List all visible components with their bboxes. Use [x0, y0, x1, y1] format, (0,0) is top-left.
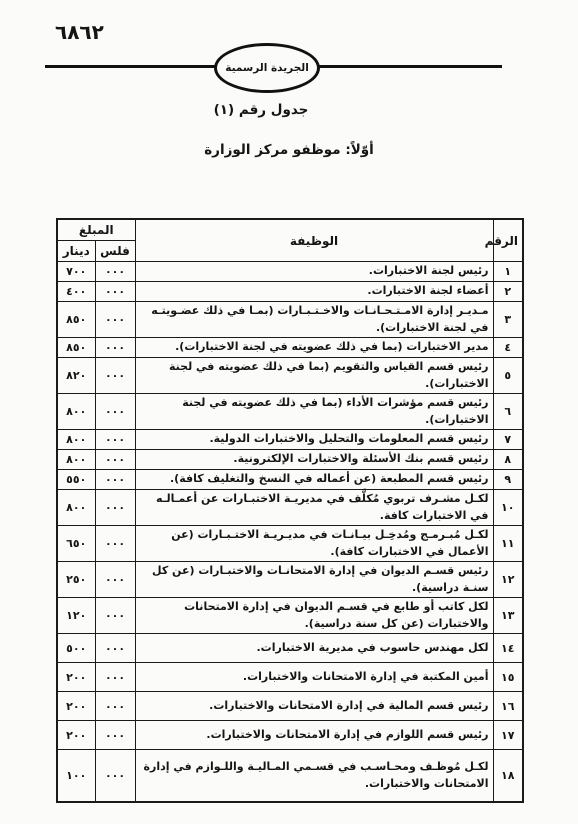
dinar-cell: ٥٥٠	[57, 470, 95, 490]
fils-cell: ٠٠٠	[95, 562, 135, 598]
dinar-cell: ٨٠٠	[57, 430, 95, 450]
row-number-cell: ٢	[493, 282, 523, 302]
dinar-cell: ٢٠٠	[57, 692, 95, 721]
table-row: ١ رئيس لجنة الاختبارات. ٠٠٠ ٧٠٠	[57, 262, 523, 282]
row-number-cell: ٨	[493, 450, 523, 470]
job-title-cell: رئيس قسم القياس والتقويم (بما في ذلك عضو…	[135, 358, 493, 394]
row-number-cell: ٧	[493, 430, 523, 450]
job-title-cell: رئيس قسـم الديوان في إدارة الامتحانـات و…	[135, 562, 493, 598]
dinar-cell: ١٢٠	[57, 598, 95, 634]
fils-cell: ٠٠٠	[95, 750, 135, 803]
job-title-cell: مدير الاختبارات (بما في ذلك عضويته في لج…	[135, 338, 493, 358]
row-number-cell: ١٧	[493, 721, 523, 750]
table-row: ١٧ رئيس قسم اللوازم في إدارة الامتحانات …	[57, 721, 523, 750]
fils-cell: ٠٠٠	[95, 598, 135, 634]
row-number-cell: ٦	[493, 394, 523, 430]
gazette-banner-label: الجريدة الرسمية	[225, 62, 309, 74]
section-title: أوّلاً: موظفو مركز الوزارة	[0, 142, 578, 158]
fils-cell: ٠٠٠	[95, 470, 135, 490]
fils-cell: ٠٠٠	[95, 692, 135, 721]
dinar-cell: ٨٥٠	[57, 338, 95, 358]
page-number: ٦٨٦٢	[55, 20, 104, 44]
fils-cell: ٠٠٠	[95, 634, 135, 663]
table-title: جدول رقم (١)	[0, 102, 522, 118]
table-row: ٦ رئيس قسم مؤشرات الأداء (بما في ذلك عضو…	[57, 394, 523, 430]
job-title-cell: رئيس لجنة الاختبارات.	[135, 262, 493, 282]
gazette-page: ٦٨٦٢ الجريدة الرسمية جدول رقم (١) أوّلاً…	[0, 0, 578, 824]
row-number-cell: ١٦	[493, 692, 523, 721]
dinar-cell: ٨٥٠	[57, 302, 95, 338]
row-number-cell: ١٨	[493, 750, 523, 803]
table-row: ١٠ لكـل مشـرف تربوي مُكلَّف في مديريـة ا…	[57, 490, 523, 526]
row-number-cell: ١٠	[493, 490, 523, 526]
fils-cell: ٠٠٠	[95, 302, 135, 338]
table-row: ١١ لكـل مُبـرمـج ومُدخِـل بيـانـات في مد…	[57, 526, 523, 562]
fils-cell: ٠٠٠	[95, 490, 135, 526]
fees-table: الرقم الوظيفة المبلغ فلس دينار ١ رئيس لج…	[56, 218, 524, 803]
dinar-cell: ٤٠٠	[57, 282, 95, 302]
job-title-cell: رئيس قسم المعلومات والتحليل والاختبارات …	[135, 430, 493, 450]
table-row: ١٥ أمين المكتبة في إدارة الامتحانات والا…	[57, 663, 523, 692]
job-title-cell: رئيس قسم بنك الأسئلة والاختبارات الإلكتر…	[135, 450, 493, 470]
dinar-cell: ٧٠٠	[57, 262, 95, 282]
fils-cell: ٠٠٠	[95, 338, 135, 358]
job-title-cell: رئيس قسم اللوازم في إدارة الامتحانات وال…	[135, 721, 493, 750]
job-title-cell: أعضاء لجنة الاختبارات.	[135, 282, 493, 302]
job-title-cell: رئيس قسم المطبعة (عن أعماله في النسخ وال…	[135, 470, 493, 490]
fees-table-header: الرقم الوظيفة المبلغ فلس دينار	[57, 219, 523, 262]
dinar-cell: ٨٠٠	[57, 450, 95, 470]
table-row: ١٢ رئيس قسـم الديوان في إدارة الامتحانـا…	[57, 562, 523, 598]
dinar-cell: ٢٠٠	[57, 721, 95, 750]
col-header-dinar: دينار	[57, 241, 95, 262]
dinar-cell: ٨٠٠	[57, 394, 95, 430]
dinar-cell: ٢٥٠	[57, 562, 95, 598]
job-title-cell: رئيس قسم مؤشرات الأداء (بما في ذلك عضويت…	[135, 394, 493, 430]
table-row: ٢ أعضاء لجنة الاختبارات. ٠٠٠ ٤٠٠	[57, 282, 523, 302]
dinar-cell: ٨٠٠	[57, 490, 95, 526]
fils-cell: ٠٠٠	[95, 394, 135, 430]
row-number-cell: ١٣	[493, 598, 523, 634]
fils-cell: ٠٠٠	[95, 526, 135, 562]
col-header-fils: فلس	[95, 241, 135, 262]
row-number-cell: ٥	[493, 358, 523, 394]
dinar-cell: ٥٠٠	[57, 634, 95, 663]
row-number-cell: ٣	[493, 302, 523, 338]
fees-table-body: ١ رئيس لجنة الاختبارات. ٠٠٠ ٧٠٠ ٢ أعضاء …	[57, 262, 523, 803]
table-row: ٧ رئيس قسم المعلومات والتحليل والاختبارا…	[57, 430, 523, 450]
fils-cell: ٠٠٠	[95, 358, 135, 394]
table-row: ٣ مـديـر إدارة الامـتـحـانـات والاخـتـبـ…	[57, 302, 523, 338]
fils-cell: ٠٠٠	[95, 721, 135, 750]
dinar-cell: ٦٥٠	[57, 526, 95, 562]
row-number-cell: ١١	[493, 526, 523, 562]
table-row: ٤ مدير الاختبارات (بما في ذلك عضويته في …	[57, 338, 523, 358]
row-number-cell: ١٤	[493, 634, 523, 663]
col-header-amount: المبلغ	[57, 219, 135, 241]
job-title-cell: لكل مهندس حاسوب في مديرية الاختبارات.	[135, 634, 493, 663]
fils-cell: ٠٠٠	[95, 430, 135, 450]
job-title-cell: مـديـر إدارة الامـتـحـانـات والاخـتـبـار…	[135, 302, 493, 338]
job-title-cell: لكـل مُبـرمـج ومُدخِـل بيـانـات في مديـر…	[135, 526, 493, 562]
table-row: ٥ رئيس قسم القياس والتقويم (بما في ذلك ع…	[57, 358, 523, 394]
row-number-cell: ١٢	[493, 562, 523, 598]
row-number-cell: ١	[493, 262, 523, 282]
gazette-banner-ellipse: الجريدة الرسمية	[214, 43, 320, 93]
row-number-cell: ١٥	[493, 663, 523, 692]
row-number-cell: ٤	[493, 338, 523, 358]
table-row: ٨ رئيس قسم بنك الأسئلة والاختبارات الإلك…	[57, 450, 523, 470]
fils-cell: ٠٠٠	[95, 282, 135, 302]
col-header-job: الوظيفة	[135, 219, 493, 262]
row-number-cell: ٩	[493, 470, 523, 490]
fils-cell: ٠٠٠	[95, 663, 135, 692]
table-row: ١٨ لكـل مُوظـف ومحـاسـب في قسـمي المـالي…	[57, 750, 523, 803]
dinar-cell: ٢٠٠	[57, 663, 95, 692]
job-title-cell: لكـل مشـرف تربوي مُكلَّف في مديريـة الاخ…	[135, 490, 493, 526]
fils-cell: ٠٠٠	[95, 450, 135, 470]
job-title-cell: رئيس قسم المالية في إدارة الامتحانات وال…	[135, 692, 493, 721]
job-title-cell: أمين المكتبة في إدارة الامتحانات والاختب…	[135, 663, 493, 692]
fils-cell: ٠٠٠	[95, 262, 135, 282]
job-title-cell: لكـل مُوظـف ومحـاسـب في قسـمي المـاليـة …	[135, 750, 493, 803]
table-row: ١٣ لكل كاتب أو طابع في قسـم الديوان في إ…	[57, 598, 523, 634]
job-title-cell: لكل كاتب أو طابع في قسـم الديوان في إدار…	[135, 598, 493, 634]
table-row: ١٦ رئيس قسم المالية في إدارة الامتحانات …	[57, 692, 523, 721]
table-row: ٩ رئيس قسم المطبعة (عن أعماله في النسخ و…	[57, 470, 523, 490]
table-row: ١٤ لكل مهندس حاسوب في مديرية الاختبارات.…	[57, 634, 523, 663]
col-header-number: الرقم	[493, 219, 523, 262]
dinar-cell: ١٠٠	[57, 750, 95, 803]
dinar-cell: ٨٢٠	[57, 358, 95, 394]
